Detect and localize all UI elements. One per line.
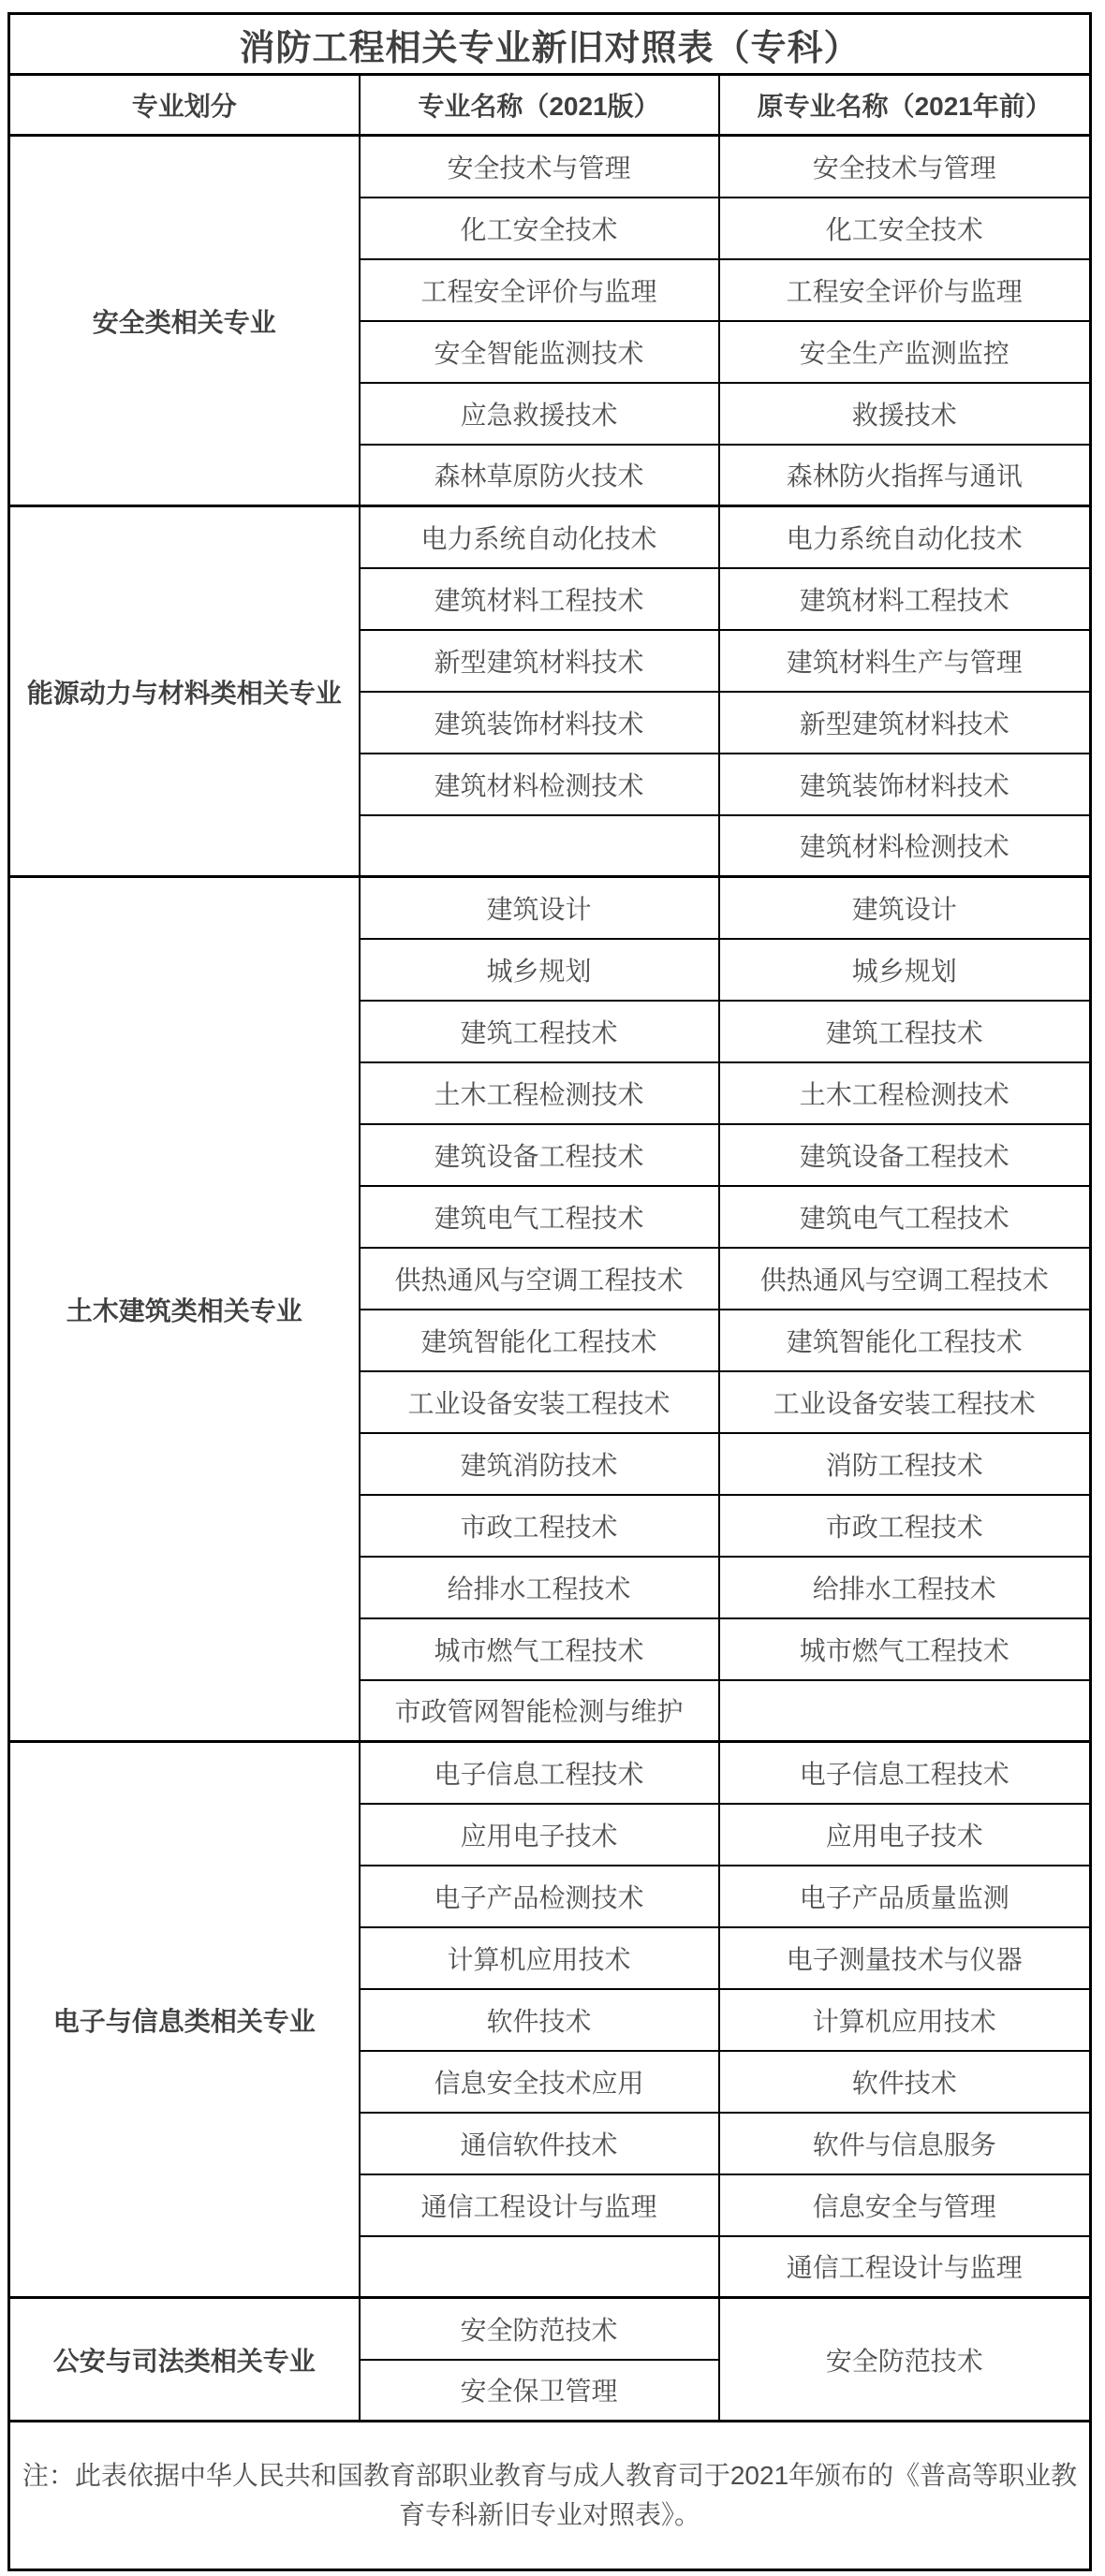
old-major-cell: 计算机应用技术 <box>719 1989 1091 2051</box>
new-major-cell: 新型建筑材料技术 <box>360 630 719 692</box>
new-major-cell: 应急救援技术 <box>360 383 719 445</box>
category-cell: 电子与信息类相关专业 <box>9 1742 360 2298</box>
new-major-cell: 建筑装饰材料技术 <box>360 692 719 754</box>
old-major-cell: 工程安全评价与监理 <box>719 259 1091 321</box>
note-cell: 注：此表依据中华人民共和国教育部职业教育与成人教育司于2021年颁布的《普高等职… <box>9 2422 1091 2570</box>
col-header-new-name: 专业名称（2021版） <box>360 75 719 136</box>
col-header-old-name: 原专业名称（2021年前） <box>719 75 1091 136</box>
new-major-cell: 森林草原防火技术 <box>360 445 719 506</box>
old-major-cell: 森林防火指挥与通讯 <box>719 445 1091 506</box>
category-cell: 公安与司法类相关专业 <box>9 2298 360 2422</box>
note-row: 注：此表依据中华人民共和国教育部职业教育与成人教育司于2021年颁布的《普高等职… <box>9 2422 1091 2570</box>
new-major-cell: 建筑设备工程技术 <box>360 1124 719 1186</box>
new-major-cell: 安全防范技术 <box>360 2298 719 2360</box>
old-major-cell: 电力系统自动化技术 <box>719 506 1091 568</box>
new-major-cell: 应用电子技术 <box>360 1804 719 1866</box>
old-major-cell: 软件技术 <box>719 2051 1091 2113</box>
page-title: 消防工程相关专业新旧对照表（专科） <box>9 14 1091 75</box>
old-major-cell: 工业设备安装工程技术 <box>719 1371 1091 1433</box>
old-major-cell: 应用电子技术 <box>719 1804 1091 1866</box>
new-major-cell: 通信软件技术 <box>360 2113 719 2174</box>
new-major-cell: 建筑电气工程技术 <box>360 1186 719 1248</box>
old-major-cell: 建筑工程技术 <box>719 1001 1091 1062</box>
new-major-cell <box>360 2236 719 2298</box>
new-major-cell: 软件技术 <box>360 1989 719 2051</box>
old-major-cell: 救援技术 <box>719 383 1091 445</box>
old-major-cell: 通信工程设计与监理 <box>719 2236 1091 2298</box>
old-major-cell: 软件与信息服务 <box>719 2113 1091 2174</box>
new-major-cell: 建筑工程技术 <box>360 1001 719 1062</box>
new-major-cell <box>360 815 719 877</box>
new-major-cell: 市政工程技术 <box>360 1495 719 1557</box>
old-major-cell: 建筑设备工程技术 <box>719 1124 1091 1186</box>
new-major-cell: 建筑设计 <box>360 877 719 939</box>
old-major-cell: 建筑电气工程技术 <box>719 1186 1091 1248</box>
col-header-division: 专业划分 <box>9 75 360 136</box>
new-major-cell: 城市燃气工程技术 <box>360 1618 719 1680</box>
new-major-cell: 电子信息工程技术 <box>360 1742 719 1804</box>
old-major-cell: 电子产品质量监测 <box>719 1866 1091 1927</box>
old-major-cell: 土木工程检测技术 <box>719 1062 1091 1124</box>
header-row: 专业划分 专业名称（2021版） 原专业名称（2021年前） <box>9 75 1091 136</box>
old-major-cell: 安全技术与管理 <box>719 136 1091 198</box>
new-major-cell: 安全保卫管理 <box>360 2360 719 2422</box>
table-row: 公安与司法类相关专业安全防范技术安全防范技术 <box>9 2298 1091 2360</box>
new-major-cell: 通信工程设计与监理 <box>360 2174 719 2236</box>
old-major-cell: 供热通风与空调工程技术 <box>719 1248 1091 1310</box>
old-major-cell: 建筑材料生产与管理 <box>719 630 1091 692</box>
old-major-cell: 新型建筑材料技术 <box>719 692 1091 754</box>
new-major-cell: 计算机应用技术 <box>360 1927 719 1989</box>
new-major-cell: 建筑材料检测技术 <box>360 754 719 815</box>
old-major-cell <box>719 1680 1091 1742</box>
new-major-cell: 市政管网智能检测与维护 <box>360 1680 719 1742</box>
old-major-cell: 城市燃气工程技术 <box>719 1618 1091 1680</box>
old-major-cell: 化工安全技术 <box>719 198 1091 259</box>
new-major-cell: 给排水工程技术 <box>360 1557 719 1618</box>
new-major-cell: 供热通风与空调工程技术 <box>360 1248 719 1310</box>
old-major-cell: 安全生产监测监控 <box>719 321 1091 383</box>
old-major-cell: 建筑设计 <box>719 877 1091 939</box>
new-major-cell: 信息安全技术应用 <box>360 2051 719 2113</box>
old-major-cell: 建筑智能化工程技术 <box>719 1310 1091 1371</box>
old-major-cell: 消防工程技术 <box>719 1433 1091 1495</box>
table-row: 安全类相关专业安全技术与管理安全技术与管理 <box>9 136 1091 198</box>
old-major-cell: 安全防范技术 <box>719 2298 1091 2422</box>
category-cell: 土木建筑类相关专业 <box>9 877 360 1742</box>
table-row: 能源动力与材料类相关专业电力系统自动化技术电力系统自动化技术 <box>9 506 1091 568</box>
new-major-cell: 建筑智能化工程技术 <box>360 1310 719 1371</box>
old-major-cell: 给排水工程技术 <box>719 1557 1091 1618</box>
note-line-2: 育专科新旧专业对照表》。 <box>14 2495 1085 2535</box>
old-major-cell: 电子测量技术与仪器 <box>719 1927 1091 1989</box>
new-major-cell: 安全智能监测技术 <box>360 321 719 383</box>
old-major-cell: 电子信息工程技术 <box>719 1742 1091 1804</box>
old-major-cell: 城乡规划 <box>719 939 1091 1001</box>
new-major-cell: 建筑材料工程技术 <box>360 568 719 630</box>
comparison-table: 消防工程相关专业新旧对照表（专科） 专业划分 专业名称（2021版） 原专业名称… <box>7 12 1092 2571</box>
old-major-cell: 建筑材料工程技术 <box>719 568 1091 630</box>
category-cell: 安全类相关专业 <box>9 136 360 506</box>
title-row: 消防工程相关专业新旧对照表（专科） <box>9 14 1091 75</box>
note-line-1: 注：此表依据中华人民共和国教育部职业教育与成人教育司于2021年颁布的《普高等职… <box>14 2456 1085 2495</box>
new-major-cell: 工业设备安装工程技术 <box>360 1371 719 1433</box>
old-major-cell: 建筑材料检测技术 <box>719 815 1091 877</box>
new-major-cell: 电力系统自动化技术 <box>360 506 719 568</box>
old-major-cell: 建筑装饰材料技术 <box>719 754 1091 815</box>
new-major-cell: 城乡规划 <box>360 939 719 1001</box>
table-row: 土木建筑类相关专业建筑设计建筑设计 <box>9 877 1091 939</box>
new-major-cell: 电子产品检测技术 <box>360 1866 719 1927</box>
new-major-cell: 化工安全技术 <box>360 198 719 259</box>
new-major-cell: 建筑消防技术 <box>360 1433 719 1495</box>
new-major-cell: 安全技术与管理 <box>360 136 719 198</box>
category-cell: 能源动力与材料类相关专业 <box>9 506 360 877</box>
new-major-cell: 土木工程检测技术 <box>360 1062 719 1124</box>
new-major-cell: 工程安全评价与监理 <box>360 259 719 321</box>
old-major-cell: 市政工程技术 <box>719 1495 1091 1557</box>
table-row: 电子与信息类相关专业电子信息工程技术电子信息工程技术 <box>9 1742 1091 1804</box>
old-major-cell: 信息安全与管理 <box>719 2174 1091 2236</box>
